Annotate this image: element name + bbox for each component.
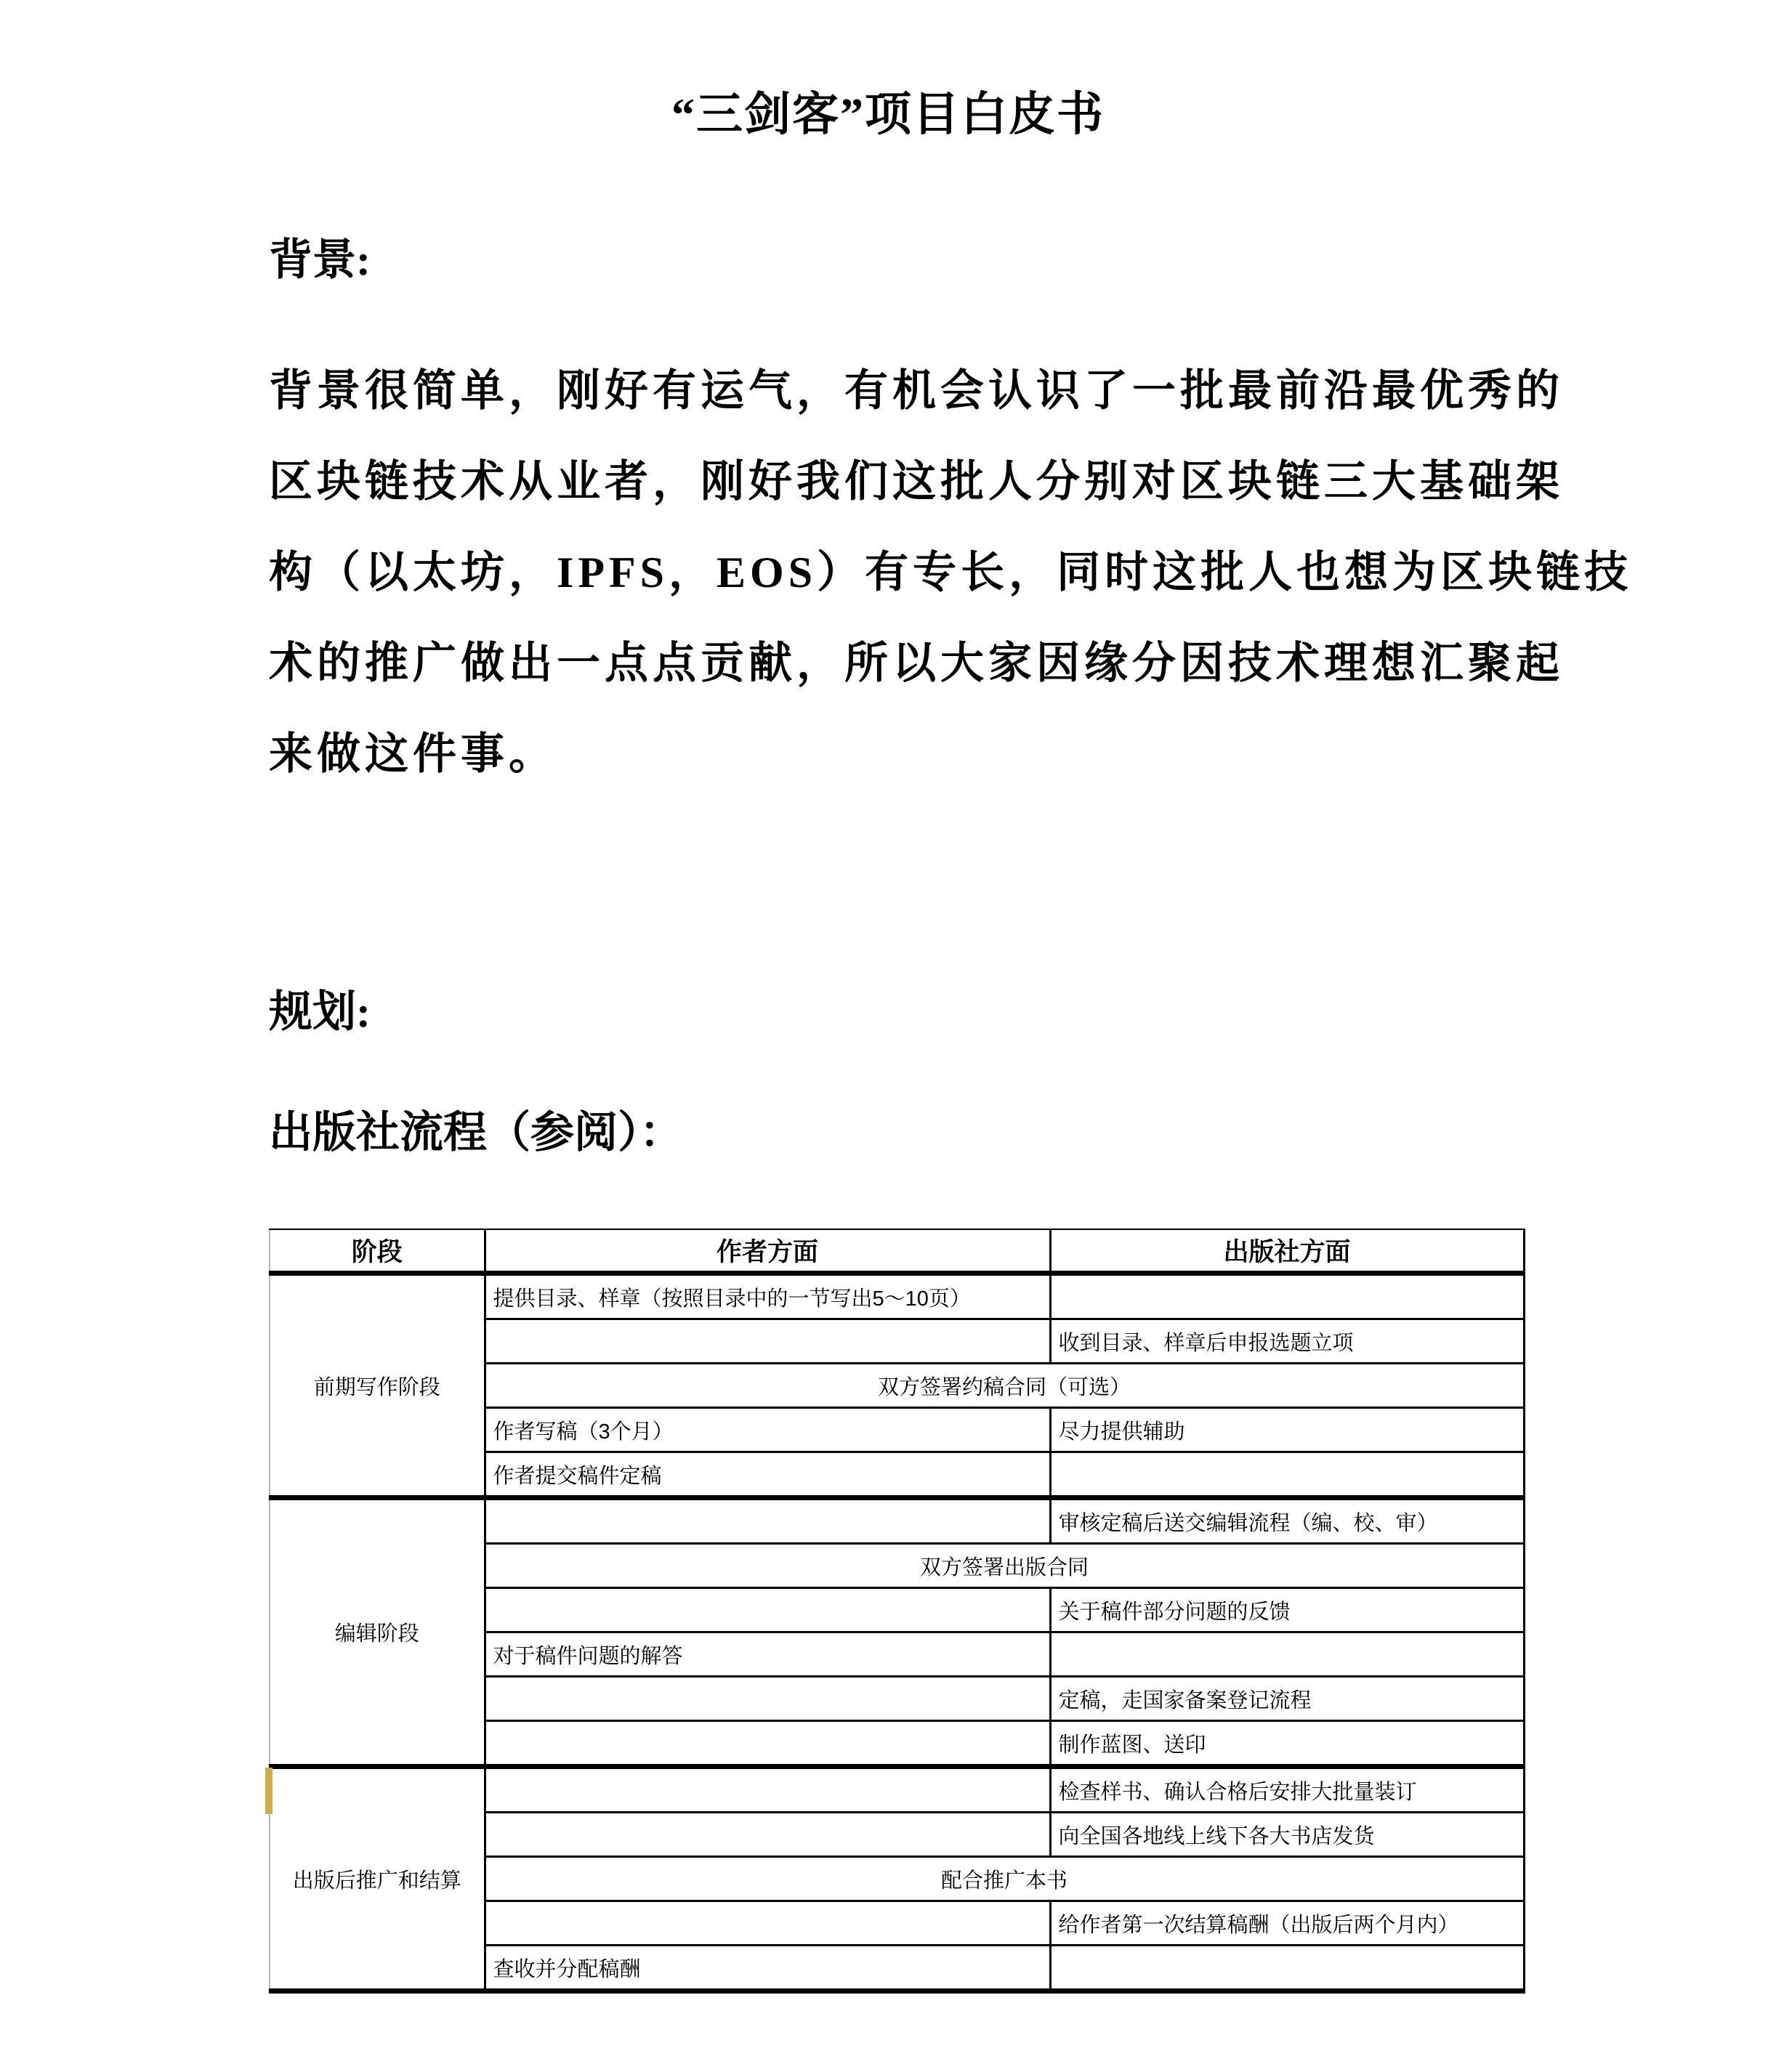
process-heading: 出版社流程（参阅）： [269, 1104, 1577, 1162]
publishing-process-table: 阶段 作者方面 出版社方面 前期写作阶段 提供目录、样章（按照目录中的一节写出5… [269, 1229, 1525, 1994]
background-heading: 背景: [269, 231, 1577, 289]
author-cell: 查收并分配稿酬 [485, 1946, 1050, 1991]
author-cell [485, 1498, 1050, 1544]
publisher-cell [1050, 1274, 1524, 1319]
author-cell [485, 1721, 1050, 1767]
phase-cell: 前期写作阶段 [270, 1274, 485, 1498]
publisher-cell: 向全国各地线上线下各大书店发货 [1050, 1813, 1524, 1857]
publisher-cell: 收到目录、样章后申报选题立项 [1050, 1319, 1524, 1364]
background-paragraph: 背景很简单，刚好有运气，有机会认识了一批最前沿最优秀的 区块链技术从业者，刚好我… [269, 346, 1577, 800]
table-header-row: 阶段 作者方面 出版社方面 [270, 1229, 1524, 1274]
publisher-cell: 检查样书、确认合格后安排大批量装订 [1050, 1767, 1524, 1813]
publisher-cell [1050, 1452, 1524, 1498]
phase-cell: 编辑阶段 [270, 1498, 485, 1767]
author-cell [485, 1901, 1050, 1946]
publisher-cell: 给作者第一次结算稿酬（出版后两个月内） [1050, 1901, 1524, 1946]
author-cell [485, 1319, 1050, 1364]
planning-heading: 规划: [269, 983, 1577, 1041]
merged-cell: 双方签署约稿合同（可选） [485, 1364, 1524, 1408]
author-cell [485, 1767, 1050, 1813]
publisher-cell: 审核定稿后送交编辑流程（编、校、审） [1050, 1498, 1524, 1544]
phase-cell: 出版后推广和结算 [270, 1767, 485, 1991]
paragraph-line: 术的推广做出一点点贡献，所以大家因缘分因技术理想汇聚起 [269, 618, 1577, 709]
author-cell [485, 1677, 1050, 1721]
publisher-cell: 尽力提供辅助 [1050, 1408, 1524, 1452]
merged-cell: 配合推广本书 [485, 1857, 1524, 1901]
publisher-cell: 定稿，走国家备案登记流程 [1050, 1677, 1524, 1721]
document-content: 背景: 背景很简单，刚好有运气，有机会认识了一批最前沿最优秀的 区块链技术从业者… [269, 231, 1577, 1994]
publisher-cell [1050, 1946, 1524, 1991]
table-row: 出版后推广和结算 检查样书、确认合格后安排大批量装订 [270, 1767, 1524, 1813]
paragraph-line: 区块链技术从业者，刚好我们这批人分别对区块链三大基础架 [269, 437, 1577, 527]
publishing-process-table-wrap: 阶段 作者方面 出版社方面 前期写作阶段 提供目录、样章（按照目录中的一节写出5… [269, 1229, 1523, 1994]
paragraph-line: 背景很简单，刚好有运气，有机会认识了一批最前沿最优秀的 [269, 346, 1577, 437]
author-cell: 对于稿件问题的解答 [485, 1632, 1050, 1677]
page-title: “三剑客”项目白皮书 [0, 0, 1776, 144]
publisher-cell: 关于稿件部分问题的反馈 [1050, 1588, 1524, 1632]
paragraph-line: 来做这件事。 [269, 709, 1577, 800]
document-page: “三剑客”项目白皮书 背景: 背景很简单，刚好有运气，有机会认识了一批最前沿最优… [0, 0, 1776, 2072]
author-cell: 提供目录、样章（按照目录中的一节写出5～10页） [485, 1274, 1050, 1319]
header-author: 作者方面 [485, 1229, 1050, 1274]
table-row: 前期写作阶段 提供目录、样章（按照目录中的一节写出5～10页） [270, 1274, 1524, 1319]
header-publisher: 出版社方面 [1050, 1229, 1524, 1274]
author-cell [485, 1588, 1050, 1632]
author-cell: 作者提交稿件定稿 [485, 1452, 1050, 1498]
merged-cell: 双方签署出版合同 [485, 1544, 1524, 1588]
change-marker [265, 1768, 273, 1814]
author-cell [485, 1813, 1050, 1857]
publisher-cell: 制作蓝图、送印 [1050, 1721, 1524, 1767]
table-row: 编辑阶段 审核定稿后送交编辑流程（编、校、审） [270, 1498, 1524, 1544]
header-phase: 阶段 [270, 1229, 485, 1274]
publisher-cell [1050, 1632, 1524, 1677]
paragraph-line: 构（以太坊，IPFS，EOS）有专长，同时这批人也想为区块链技 [269, 527, 1577, 618]
author-cell: 作者写稿（3个月） [485, 1408, 1050, 1452]
